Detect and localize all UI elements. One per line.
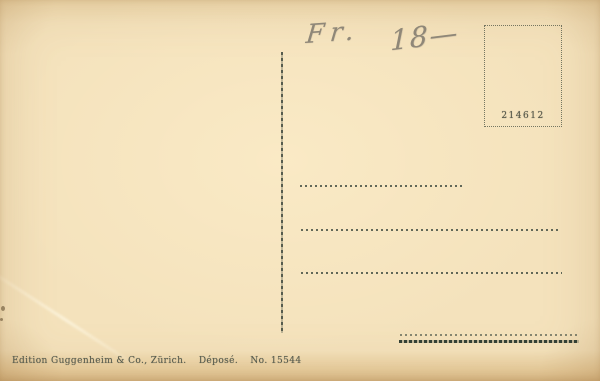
publisher-depose: Déposé. — [199, 356, 238, 366]
message-address-divider — [281, 52, 283, 333]
address-line-4-lower — [399, 340, 579, 343]
address-line-2 — [301, 229, 560, 231]
publisher-number: No. 15544 — [250, 356, 301, 366]
stamp-box-serial-number: 214612 — [485, 111, 561, 121]
postcard-back: Fr. 18— 214612 Edition Guggenheim & Co.,… — [0, 0, 600, 381]
publisher-imprint: Edition Guggenheim & Co., Zürich. Déposé… — [12, 356, 311, 366]
edge-speck — [1, 306, 5, 311]
handwritten-currency: Fr. — [304, 16, 361, 50]
address-line-3 — [301, 272, 562, 274]
handwritten-amount: 18— — [390, 16, 460, 58]
edge-speck — [0, 318, 3, 321]
address-line-1 — [300, 185, 463, 187]
publisher-edition: Edition Guggenheim & Co., Zürich. — [12, 356, 187, 366]
address-line-4-upper — [400, 334, 578, 336]
stamp-box: 214612 — [484, 25, 562, 127]
